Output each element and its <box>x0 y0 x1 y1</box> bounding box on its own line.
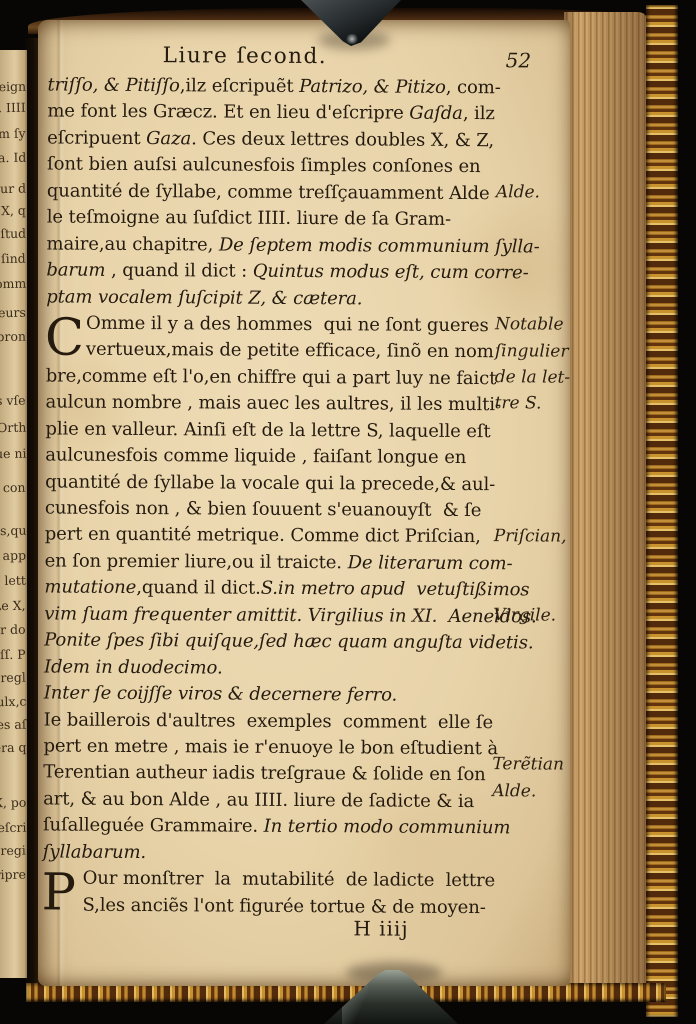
roman-text: cunesfois non , & bien ſouuent s'euanouy… <box>45 497 482 521</box>
roman-text: en ſon premier liure,ou il traicte. <box>45 550 348 573</box>
italic-text: ptam vocalem ſuſcipit Z, & cætera. <box>46 286 362 309</box>
roman-text: . Ces deux lettres doubles X, & Z, <box>191 128 494 151</box>
running-header: Liure ſecond. <box>163 43 328 69</box>
italic-text: In tertio modo communium <box>264 816 511 839</box>
text-block: triſſo, & Pitiſſo,ilz eſcripuẽt Patrizo,… <box>42 72 502 921</box>
italic-text: vim ſuam frequenter amittit. Virgilius i… <box>44 603 536 627</box>
text-line: le teſmoigne au ſuſdict IIII. liure de ſ… <box>47 205 502 234</box>
roman-text: , ilz <box>463 103 495 124</box>
italic-text: Inter ſe coijſſe viros & decernere ferro… <box>44 683 398 706</box>
roman-text: ſont bien auſsi aulcunesfois ſimples con… <box>47 154 481 178</box>
roman-text: aulcunesfois comme liquide , faiſant lon… <box>45 445 466 469</box>
roman-text: plie en valleur. Ainſi eſt de la lettre … <box>45 418 490 442</box>
italic-text: Idem in duodecimo. <box>44 656 223 678</box>
text-line: aulcunesfois comme liquide , faiſant lon… <box>45 443 500 472</box>
roman-text: maire,au chapitre, <box>46 233 218 255</box>
text-line: mutatione,quand il dict.S.in metro apud … <box>44 575 499 604</box>
text-line: ptam vocalem ſuſcipit Z, & cætera. <box>46 284 501 313</box>
text-line: bre,comme eſt l'o,en chiffre qui a part … <box>46 363 501 392</box>
roman-text: art, & au bon Alde , au IIII. liure de ſ… <box>43 788 474 812</box>
roman-text: , quand il dict : <box>105 260 252 282</box>
roman-text: pert en quantité metrique. Comme dict Pr… <box>45 524 481 548</box>
italic-text: Quintus modus eſt, cum corre- <box>253 261 529 284</box>
text-line: quantité de ſyllabe, comme treſſçauammen… <box>47 178 502 207</box>
italic-text: S.in metro apud vetuſtißimos <box>261 578 530 601</box>
roman-text: eſcripuent <box>47 127 146 149</box>
text-line: Idem in duodecimo. <box>44 654 499 683</box>
margin-note: de la let- <box>495 367 571 387</box>
drop-cap: C <box>45 313 84 362</box>
roman-text: vertueux,mais de petite efficace, ſinõ e… <box>86 339 494 362</box>
roman-text: Terentian autheur iadis treſgraue & ſoli… <box>43 762 486 786</box>
italic-text: Gaſda <box>409 103 463 124</box>
text-line: S,les anciẽs l'ont figurée tortue & de m… <box>42 892 497 921</box>
roman-text: ſuſalleguée Grammaire. <box>43 815 264 837</box>
text-line: aulcun nombre , mais auec les aultres, i… <box>46 390 501 419</box>
roman-text: me font les Græcz. Et en lieu d'eſcripre <box>47 101 409 124</box>
roman-text: , com- <box>446 77 501 98</box>
text-line: ſont bien auſsi aulcunesfois ſimples con… <box>47 152 502 181</box>
margin-note: ſingulier <box>495 341 569 361</box>
text-line: pert en quantité metrique. Comme dict Pr… <box>45 522 500 551</box>
text-line: ſuſalleguée Grammaire. In tertio modo co… <box>43 813 498 842</box>
italic-text: De ſeptem modis communium ſylla- <box>219 234 540 257</box>
text-line: Ie baillerois d'aultres exemples comment… <box>44 707 499 736</box>
paragraph: COmme il y a des hommes qui ne ſont guer… <box>43 310 501 868</box>
text-line: vertueux,mais de petite efficace, ſinõ e… <box>46 337 501 366</box>
text-line: quantité de ſyllabe la vocale qui la pre… <box>45 469 500 498</box>
italic-text: Gaza <box>146 128 191 149</box>
text-line: maire,au chapitre, De ſeptem modis commu… <box>46 231 501 260</box>
page-content: Liure ſecond. 52 triſſo, & Pitiſſo,ilz e… <box>0 0 696 1024</box>
roman-text: ,quand il dict. <box>136 577 261 599</box>
margin-note: Alde. <box>496 182 540 202</box>
italic-text: mutatione <box>44 577 136 599</box>
margin-note: tre S. <box>495 393 542 413</box>
page-number: 52 <box>506 48 532 72</box>
roman-text: ,ilz eſcripuẽt <box>180 75 300 97</box>
text-line: cunesfois non , & bien ſouuent s'euanouy… <box>45 495 500 524</box>
text-line: vim ſuam frequenter amittit. Virgilius i… <box>44 601 499 630</box>
text-line: Inter ſe coijſſe viros & decernere ferro… <box>44 681 499 710</box>
roman-text: Our monſtrer la mutabilité de ladicte le… <box>83 868 496 892</box>
roman-text: bre,comme eſt l'o,en chiffre qui a part … <box>46 365 497 389</box>
text-line: me font les Græcz. Et en lieu d'eſcripre… <box>47 99 502 128</box>
roman-text: quantité de ſyllabe, comme treſſçauammen… <box>47 180 490 204</box>
text-line: en ſon premier liure,ou il traicte. De l… <box>45 548 500 577</box>
drop-cap: P <box>41 869 76 918</box>
roman-text: pert en metre , mais ie r'enuoye le bon … <box>43 735 498 759</box>
text-line: Terentian autheur iadis treſgraue & ſoli… <box>43 760 498 789</box>
paragraph: triſſo, & Pitiſſo,ilz eſcripuẽt Patrizo,… <box>46 72 502 313</box>
roman-text: Ie baillerois d'aultres exemples comment… <box>44 709 494 733</box>
roman-text: le teſmoigne au ſuſdict IIII. liure de ſ… <box>47 207 451 230</box>
margin-note: Alde. <box>492 781 536 801</box>
italic-text: barum <box>46 260 105 281</box>
roman-text: quantité de ſyllabe la vocale qui la pre… <box>45 471 495 495</box>
italic-text: Patrizo, & Pitizo <box>299 76 446 98</box>
roman-text: aulcun nombre , mais auec les aultres, i… <box>46 392 501 416</box>
text-line: eſcripuent Gaza. Ces deux lettres double… <box>47 125 502 154</box>
italic-text: triſſo, & Pitiſſo <box>47 74 179 96</box>
italic-text: ſyllabarum. <box>43 841 146 863</box>
text-line: plie en valleur. Ainſi eſt de la lettre … <box>45 416 500 445</box>
margin-note: Notable <box>495 314 564 334</box>
roman-text: S,les anciẽs l'ont figurée tortue & de m… <box>82 894 485 917</box>
book-photo: ſeign. IIIIium ſyra. Idntur dt X, qeſtud… <box>0 0 696 1024</box>
margin-note: Priſcian, <box>494 526 567 546</box>
text-line: triſſo, & Pitiſſo,ilz eſcripuẽt Patrizo,… <box>47 72 502 101</box>
text-line: Omme il y a des hommes qui ne ſont guere… <box>46 310 501 339</box>
italic-text: De literarum com- <box>348 552 513 574</box>
text-line: art, & au bon Alde , au IIII. liure de ſ… <box>43 786 498 815</box>
paragraph: POur monſtrer la mutabilité de ladicte l… <box>42 866 497 922</box>
roman-text: Omme il y a des hommes qui ne ſont guere… <box>86 313 489 336</box>
text-line: barum , quand il dict : Quintus modus eſ… <box>46 258 501 287</box>
text-line: pert en metre , mais ie r'enuoye le bon … <box>43 733 498 762</box>
text-line: ſyllabarum. <box>43 839 498 868</box>
signature-mark: H iiij <box>353 916 408 940</box>
margin-note: Virgile. <box>493 605 556 625</box>
text-line: Our monſtrer la mutabilité de ladicte le… <box>43 866 498 895</box>
italic-text: Ponite ſpes ſibi quiſque,ſed hæc quam an… <box>44 630 533 654</box>
text-line: Ponite ſpes ſibi quiſque,ſed hæc quam an… <box>44 628 499 657</box>
margin-note: Terẽtian <box>492 754 564 774</box>
